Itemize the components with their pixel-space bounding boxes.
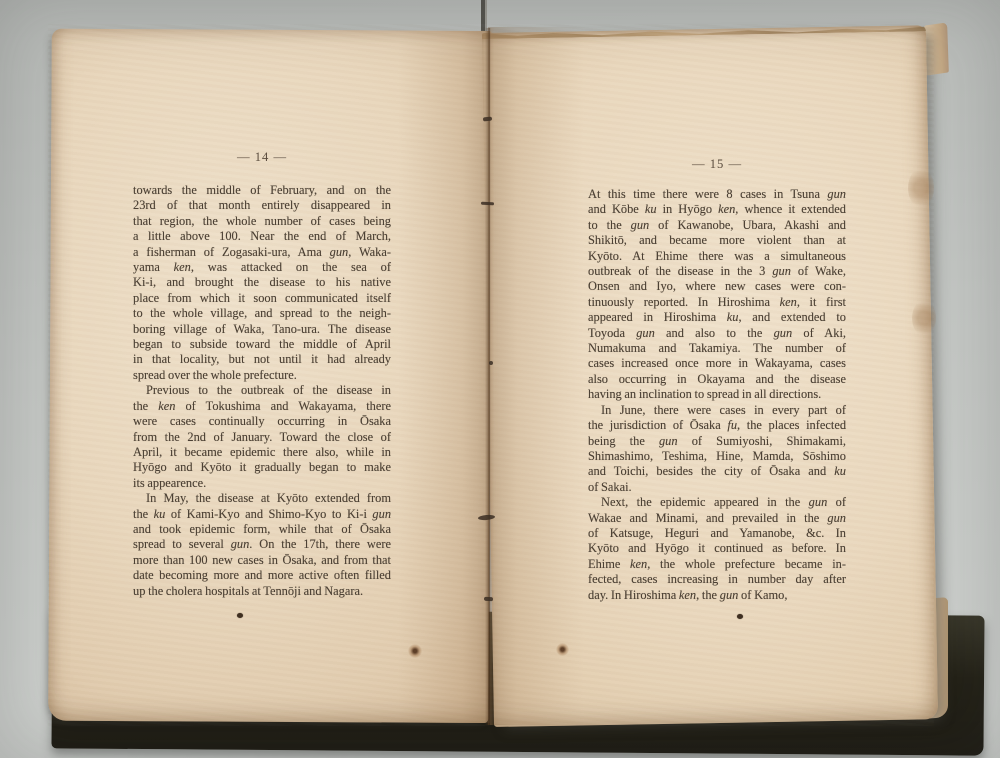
text-line: a fisherman of Zogasaki-ura, Ama gun, Wa… — [133, 245, 391, 260]
text-line: spread over the whole prefecture. — [133, 368, 391, 383]
paragraph: Previous to the outbreak of the disease … — [133, 383, 391, 491]
book-photo: — 14 — — 15 — towards the middle of Febr… — [0, 0, 1000, 758]
foxing-spot — [408, 644, 422, 658]
text-line: to the gun of Kawanobe, Ubara, Akashi an… — [588, 218, 846, 233]
left-page-number: — 14 — — [133, 150, 391, 165]
text-line: Toyoda gun and also to the gun of Aki, — [588, 326, 846, 341]
text-line: and Toichi, besides the city of Ōsaka an… — [588, 464, 846, 479]
text-line: yama ken, was attacked on the sea of — [133, 260, 391, 275]
text-line: day. In Hiroshima ken, the gun of Kamo, — [588, 588, 846, 603]
left-page-text: towards the middle of February, and on t… — [133, 183, 391, 599]
text-line: Shikitō, and became more violent than at — [588, 233, 846, 248]
text-line: of Sakai. — [588, 480, 846, 495]
text-line: outbreak of the disease in the 3 gun of … — [588, 264, 846, 279]
text-line: from the 2nd of January. Toward the clos… — [133, 430, 391, 445]
text-line: in that locality, but not until it had a… — [133, 352, 391, 367]
stitch-mark — [489, 361, 493, 365]
text-line: In June, there were cases in every part … — [588, 403, 846, 418]
printed-dot — [237, 613, 243, 618]
text-line: of Katsuge, Heguri and Yamanobe, &c. In — [588, 526, 846, 541]
text-line: the ku of Kami-Kyo and Shimo-Kyo to Ki-i… — [133, 507, 391, 522]
text-line: a little above 100. Near the end of Marc… — [133, 229, 391, 244]
text-line: also occurring in Okayama and the diseas… — [588, 372, 846, 387]
text-line: Ehime ken, the whole prefecture became i… — [588, 557, 846, 572]
text-line: were cases continually occurring in Ōsak… — [133, 414, 391, 429]
text-line: spread to several gun. On the 17th, ther… — [133, 537, 391, 552]
text-line: April, it became epidemic there also, wh… — [133, 445, 391, 460]
text-line: towards the middle of February, and on t… — [133, 183, 391, 198]
text-line: boring village of Waka, Tano-ura. The di… — [133, 322, 391, 337]
gutter-crease — [485, 28, 494, 725]
text-line: Wakae and Minami, and prevailed in the g… — [588, 511, 846, 526]
text-line: being the gun of Sumiyoshi, Shimakami, — [588, 434, 846, 449]
text-line: In May, the disease at Kyōto extended fr… — [133, 491, 391, 506]
gutter-shadow-right — [488, 27, 584, 725]
text-line: the jurisdiction of Ōsaka fu, the places… — [588, 418, 846, 433]
text-line: having an inclination to spread in all d… — [588, 387, 846, 402]
stitch-mark — [484, 597, 493, 602]
text-line: up the cholera hospitals at Tennōji and … — [133, 584, 391, 599]
text-line: began to subside toward the middle of Ap… — [133, 337, 391, 352]
right-page-number: — 15 — — [588, 157, 846, 172]
paragraph: towards the middle of February, and on t… — [133, 183, 391, 383]
text-line: 23rd of that month entirely disappeared … — [133, 198, 391, 213]
paragraph: Next, the epidemic appeared in the gun o… — [588, 495, 846, 603]
text-line: its appearence. — [133, 476, 391, 491]
edge-stain — [908, 168, 934, 208]
edge-stain — [912, 300, 936, 336]
gutter-shadow-left — [398, 31, 490, 723]
text-line: Shimashimo, Teshima, Hine, Mamda, Sōshim… — [588, 449, 846, 464]
text-line: Hyōgo and Kyōto it gradually began to ma… — [133, 460, 391, 475]
text-line: Onsen and Iyo, where new cases were con- — [588, 279, 846, 294]
text-line: cases increased once more in Wakayama, c… — [588, 356, 846, 371]
text-line: to the whole village, and spread to the … — [133, 306, 391, 321]
text-line: place from which it soon communicated it… — [133, 291, 391, 306]
text-line: fected, cases increasing in number day a… — [588, 572, 846, 587]
paragraph: In June, there were cases in every part … — [588, 403, 846, 495]
text-line: Next, the epidemic appeared in the gun o… — [588, 495, 846, 510]
page-edge-stack-top — [924, 22, 949, 75]
printed-dot — [737, 614, 743, 619]
right-page-text: At this time there were 8 cases in Tsuna… — [588, 187, 846, 603]
text-line: and took epidemic form, while that of Ōs… — [133, 522, 391, 537]
text-line: and Kōbe ku in Hyōgo ken, whence it exte… — [588, 202, 846, 217]
text-line: that region, the whole number of cases b… — [133, 214, 391, 229]
text-line: date becoming more and more active often… — [133, 568, 391, 583]
text-line: Ki-i, and brought the disease to his nat… — [133, 275, 391, 290]
stitch-mark — [481, 202, 494, 206]
text-line: appeared in Hiroshima ku, and extended t… — [588, 310, 846, 325]
foxing-spot — [556, 643, 569, 656]
paragraph: In May, the disease at Kyōto extended fr… — [133, 491, 391, 599]
text-line: Kyōto and Hyōgo it continued as before. … — [588, 541, 846, 556]
text-line: the ken of Tokushima and Wakayama, there — [133, 399, 391, 414]
text-line: Previous to the outbreak of the disease … — [133, 383, 391, 398]
text-line: At this time there were 8 cases in Tsuna… — [588, 187, 846, 202]
text-line: Kyōto. At Ehime there was a simultaneous — [588, 249, 846, 264]
text-line: Numakuma and Takamiya. The number of — [588, 341, 846, 356]
text-line: tinuously reported. In Hiroshima ken, it… — [588, 295, 846, 310]
paragraph: At this time there were 8 cases in Tsuna… — [588, 187, 846, 403]
text-line: more than 100 new cases in Ōsaka, and fr… — [133, 553, 391, 568]
